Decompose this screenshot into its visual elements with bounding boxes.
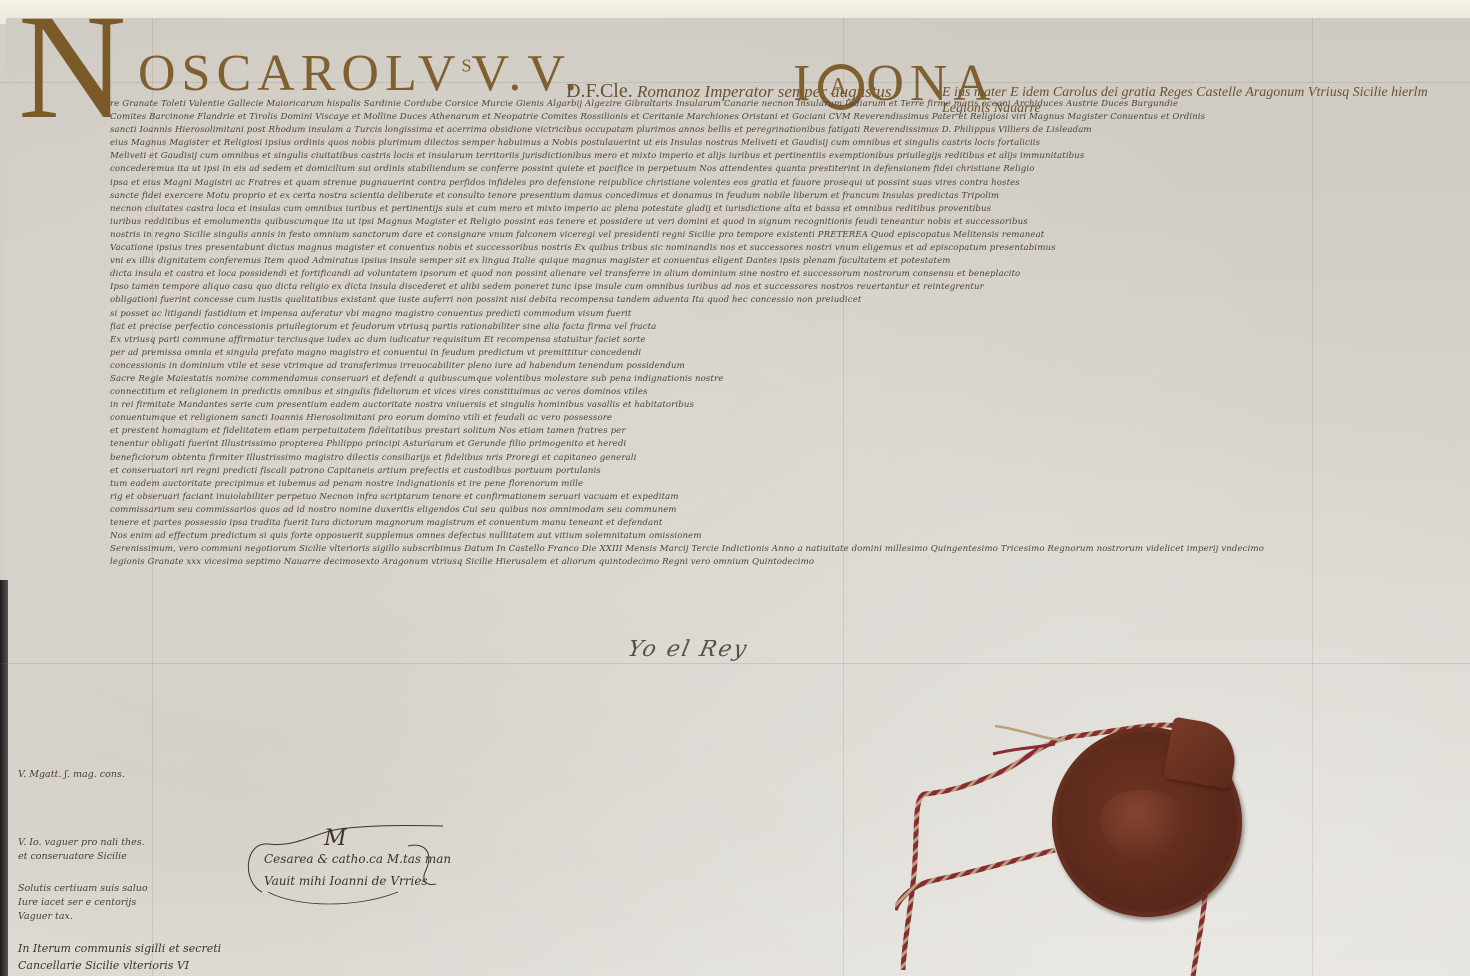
charter-text-line: tenentur obligati fuerint Illustrissimo …	[110, 438, 1290, 451]
charter-text-line: Nos enim ad effectum predictum si quis f…	[110, 530, 1290, 543]
decorated-initial: N	[18, 0, 124, 142]
charter-text-line: eius Magnus Magister et Religiosi ipsius…	[110, 137, 1290, 150]
charter-text-line: per ad premissa omnia et singula prefato…	[110, 347, 1290, 360]
charter-text-line: Ex vtriusq parti commune affirmatur terc…	[110, 334, 1290, 347]
charter-text-line: nostris in regno Sicilie singulis annis …	[110, 229, 1290, 242]
charter-text-line: obligationi fuerint concesse cum iustis …	[110, 294, 1290, 307]
heading-caps: OSCAROLVSV.V.	[138, 48, 583, 100]
charter-text-line: rig et obseruari faciant inuiolabiliter …	[110, 491, 1290, 504]
charter-text-line: tum eadem auctoritate precipimus et iube…	[110, 478, 1290, 491]
scan-left-edge	[0, 580, 8, 976]
charter-text-line: iuribus redditibus et emolumentis quibus…	[110, 216, 1290, 229]
marginal-note-3-line: Vaguer tax.	[18, 910, 148, 924]
charter-text-line: re Granate Toleti Valentie Gallecie Maio…	[110, 98, 1290, 111]
marginal-note-2: V. Io. vaguer pro nali thes. et conserua…	[18, 836, 145, 864]
charter-text-line: Comites Barcinone Flandrie et Tirolis Do…	[110, 111, 1290, 124]
charter-text-line: fiat et precise perfectio concessionis p…	[110, 321, 1290, 334]
cartouche-monogram: M	[324, 826, 347, 851]
charter-text-line: in rei firmitate Mandantes serie cum pre…	[110, 399, 1290, 412]
registry-note: In Iterum communis sigilli et secreti Ca…	[18, 940, 221, 974]
marginal-note-3: Solutis certiuam suis saluo Iure iacet s…	[18, 882, 148, 924]
registry-line: In Iterum communis sigilli et secreti	[18, 940, 221, 957]
heading-name: OSCAROLV	[138, 45, 462, 102]
charter-text-line: commissarium seu commissarios quos ad id…	[110, 504, 1290, 517]
marginal-note-2-line: et conseruatore Sicilie	[18, 850, 145, 864]
registry-line: Cancellarie Sicilie vlterioris VI	[18, 957, 221, 974]
marginal-note-3-line: Iure iacet ser e centorijs	[18, 896, 148, 910]
royal-signature: Yo el Rey	[625, 637, 750, 662]
charter-text-line: ipsa et eius Magni Magistri ac Fratres e…	[110, 177, 1290, 190]
heading-sup: S	[462, 56, 472, 76]
charter-text-line: tenere et partes possessio ipsa tradita …	[110, 517, 1290, 530]
charter-text-line: necnon ciuitates castra loca et insulas …	[110, 203, 1290, 216]
fold-line	[0, 663, 1470, 664]
charter-text-line: conuentumque et religionem sancti Ioanni…	[110, 412, 1290, 425]
marginal-note-1: V. Mgatt. ʃ. mag. cons.	[18, 768, 125, 782]
secretary-cartouche: M Cesarea & catho.ca M.tas man Vauit mih…	[238, 822, 443, 912]
charter-body: re Granate Toleti Valentie Gallecie Maio…	[110, 98, 1290, 569]
charter-text-line: Sacre Regie Maiestatis nomine commendamu…	[110, 373, 1290, 386]
charter-text-line: sancte fidei exercere Motu proprio et ex…	[110, 190, 1290, 203]
charter-text-line: concederemus ita ut ipsi in eis ad sedem…	[110, 163, 1290, 176]
charter-text-line: legionis Granate xxx vicesimo septimo Na…	[110, 556, 1290, 569]
charter-text-line: sancti Ioannis Hierosolimitani post Rhod…	[110, 124, 1290, 137]
charter-text-line: et prestent homagium et fidelitatem etia…	[110, 425, 1290, 438]
charter-text-line: beneficiorum obtentu firmiter Illustriss…	[110, 452, 1290, 465]
charter-text-line: Ipso tamen tempore aliquo casu quo dicta…	[110, 281, 1290, 294]
charter-text-line: concessionis in dominium vtile et sese v…	[110, 360, 1290, 373]
wax-seal-group	[895, 700, 1295, 976]
fold-line	[1312, 18, 1313, 976]
cartouche-line: Vauit mihi Ioanni de Vrries	[264, 874, 428, 888]
cartouche-line: Cesarea & catho.ca M.tas man	[264, 852, 451, 866]
charter-text-line: Serenissimum, vero communi negotiorum Si…	[110, 543, 1290, 556]
charter-text-line: connectitum et religionem in predictis o…	[110, 386, 1290, 399]
charter-text-line: Vacatione ipsius tres presentabunt dictu…	[110, 242, 1290, 255]
marginal-note-2-line: V. Io. vaguer pro nali thes.	[18, 836, 145, 850]
charter-text-line: si posset ac litigandi fastidium et impe…	[110, 308, 1290, 321]
marginal-note-3-line: Solutis certiuam suis saluo	[18, 882, 148, 896]
charter-text-line: et conseruatori nri regni predicti fisca…	[110, 465, 1290, 478]
charter-text-line: Meliveti et Gaudisij cum omnibus et sing…	[110, 150, 1290, 163]
charter-text-line: vni ex illis dignitatem conferemus Item …	[110, 255, 1290, 268]
charter-text-line: dicta insula et castra et loca possidend…	[110, 268, 1290, 281]
